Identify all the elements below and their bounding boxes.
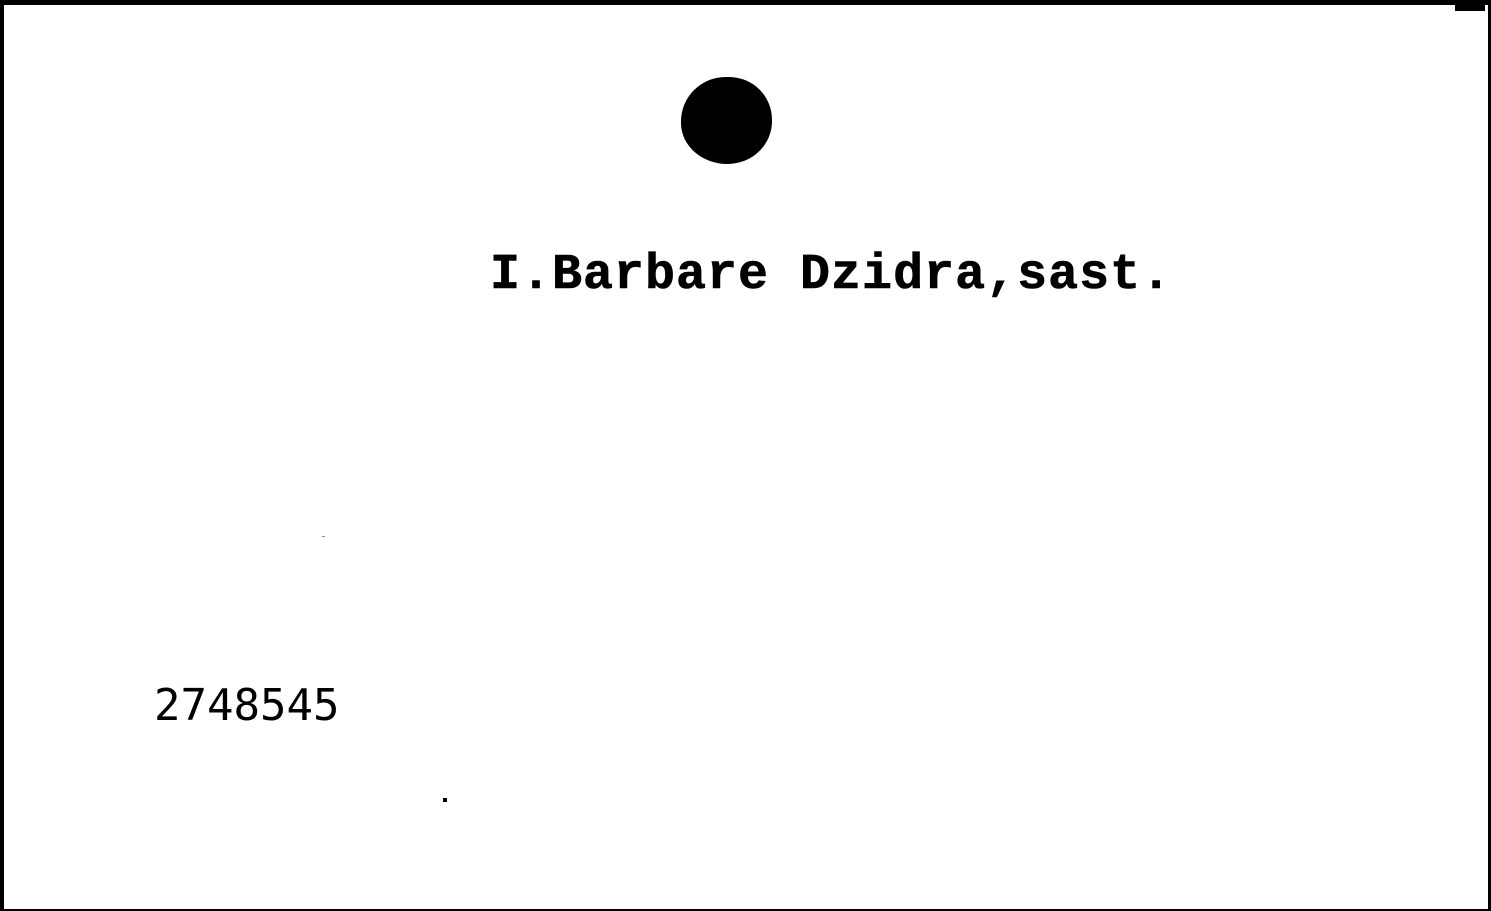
punch-hole-icon bbox=[681, 77, 772, 164]
card-edge-mark bbox=[1455, 5, 1485, 11]
card-number: 2748545 bbox=[154, 681, 339, 731]
card-heading: I.Barbare Dzidra,sast. bbox=[490, 248, 1172, 304]
scan-speck bbox=[443, 798, 447, 802]
scan-speck bbox=[322, 536, 325, 537]
index-card: I.Barbare Dzidra,sast. 2748545 bbox=[0, 0, 1491, 911]
